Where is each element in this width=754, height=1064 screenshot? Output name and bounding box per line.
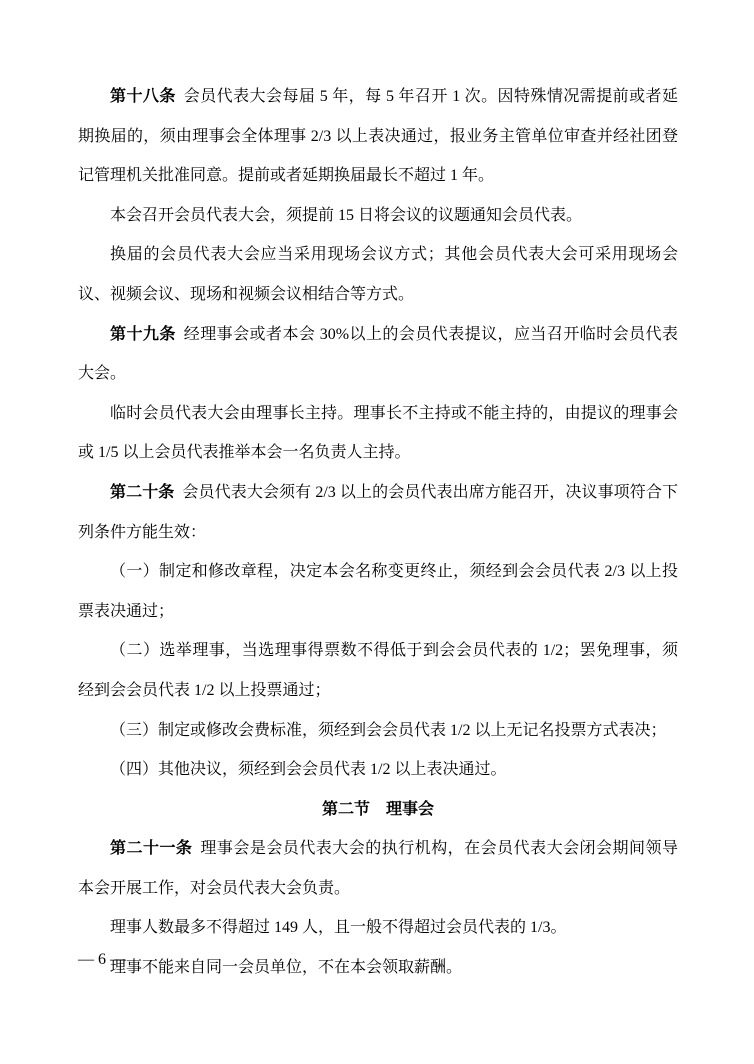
article-19-lead: 第十九条 [110, 326, 176, 343]
document-body: 第十八条会员代表大会每届 5 年，每 5 年召开 1 次。因特殊情况需提前或者延… [78, 77, 678, 988]
list-item-2: （二）选举理事，当选理事得票数不得低于到会会员代表的 1/2；罢免理事，须经到会… [78, 631, 678, 710]
list-item-3: （三）制定或修改会费标准，须经到会会员代表 1/2 以上无记名投票方式表决； [78, 711, 678, 751]
page-number: — 6 — [78, 948, 126, 972]
paragraph-interim-meeting: 临时会员代表大会由理事长主持。理事长不主持或不能主持的，由提议的理事会或 1/5… [78, 394, 678, 473]
section-heading-title: 理事会 [386, 801, 434, 818]
paragraph-director-count: 理事人数最多不得超过 149 人，且一般不得超过会员代表的 1/3。 [78, 908, 678, 948]
document-page: 第十八条会员代表大会每届 5 年，每 5 年召开 1 次。因特殊情况需提前或者延… [0, 0, 754, 1064]
paragraph-notice: 本会召开会员代表大会，须提前 15 日将会议的议题通知会员代表。 [78, 196, 678, 236]
list-item-1: （一）制定和修改章程，决定本会名称变更终止，须经到会会员代表 2/3 以上投票表… [78, 552, 678, 631]
paragraph-director-rules: 理事不能来自同一会员单位，不在本会领取薪酬。 [78, 948, 678, 988]
article-20-lead: 第二十条 [110, 484, 174, 501]
article-20-paragraph: 第二十条会员代表大会须有 2/3 以上的会员代表出席方能召开，决议事项符合下列条… [78, 473, 678, 552]
article-18-lead: 第十八条 [110, 88, 176, 105]
list-item-4: （四）其他决议，须经到会会员代表 1/2 以上表决通过。 [78, 750, 678, 790]
article-21-paragraph: 第二十一条理事会是会员代表大会的执行机构，在会员代表大会闭会期间领导本会开展工作… [78, 829, 678, 908]
section-heading-label: 第二节 [322, 801, 370, 818]
article-21-lead: 第二十一条 [110, 840, 192, 857]
paragraph-meeting-format: 换届的会员代表大会应当采用现场会议方式；其他会员代表大会可采用现场会议、视频会议… [78, 235, 678, 314]
section-heading: 第二节理事会 [78, 790, 678, 830]
article-19-paragraph: 第十九条经理事会或者本会 30%以上的会员代表提议，应当召开临时会员代表大会。 [78, 315, 678, 394]
article-18-paragraph: 第十八条会员代表大会每届 5 年，每 5 年召开 1 次。因特殊情况需提前或者延… [78, 77, 678, 196]
